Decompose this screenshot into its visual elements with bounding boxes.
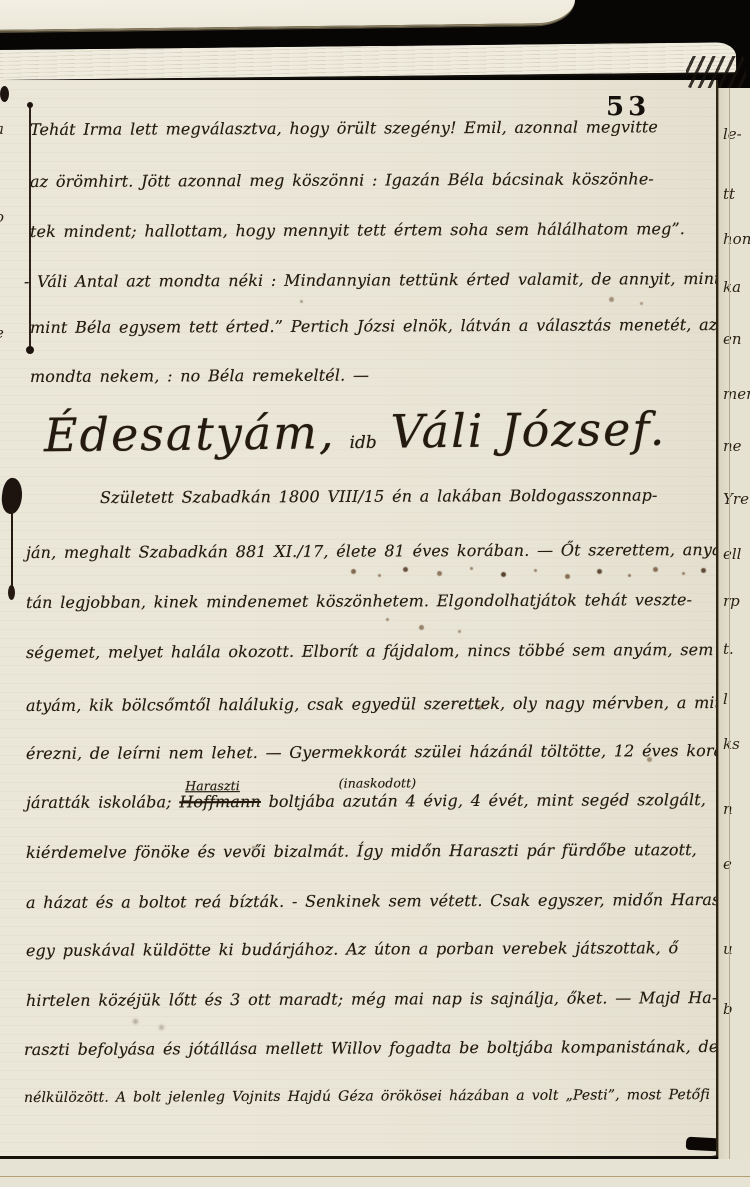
right-edge-fragment: n xyxy=(723,800,733,818)
manuscript-line-13-edited: járatták iskolába; HarasztiHoffmann bolt… xyxy=(26,790,706,812)
manuscript-line-6: mondta nekem, : no Béla remekeltél. — xyxy=(30,366,369,386)
heading-word-2: Váli József. xyxy=(390,402,666,459)
right-edge-fragment: t. xyxy=(723,640,734,658)
correction-above-word: Haraszti xyxy=(185,778,240,793)
left-edge-fragment: a xyxy=(0,120,4,138)
manuscript-line-17: hirtelen közéjük lőtt és 3 ott maradt; m… xyxy=(26,988,718,1010)
manuscript-line-14: kiérdemelve fönöke és vevői bizalmát. Íg… xyxy=(26,840,697,862)
heading-word-1: Édesatyám, xyxy=(44,405,336,462)
manuscript-line-9: tán legjobban, kinek mindenemet köszönhe… xyxy=(26,590,692,612)
manuscript-page: 53 Tehát Irma lett megválasztva, hogy ör… xyxy=(0,80,718,1159)
manuscript-line-15: a házat és a boltot reá bízták. - Senkin… xyxy=(26,890,718,912)
right-edge-fragment: hony xyxy=(723,230,750,248)
book-photo: 53 Tehát Irma lett megválasztva, hogy ör… xyxy=(0,0,750,1187)
page-bottom-shadow xyxy=(686,1137,718,1153)
right-edge-fragment: rp xyxy=(723,592,740,610)
right-edge-fragment: tt xyxy=(723,185,735,203)
edit-line-post: azután 4 évig, 4 évét, mint segéd szolgá… xyxy=(343,790,706,811)
right-edge-fragment: ell xyxy=(723,545,741,563)
ink-drip xyxy=(11,510,13,592)
right-edge-fragment: men xyxy=(723,385,750,403)
right-edge-fragment: ne xyxy=(723,437,742,455)
manuscript-line-8: ján, meghalt Szabadkán 881 XI./17, élete… xyxy=(26,540,718,562)
manuscript-line-2: az örömhirt. Jött azonnal meg köszönni :… xyxy=(30,169,654,191)
right-edge-fragment: ks xyxy=(723,735,740,753)
edit-line-mid: boltjába xyxy=(261,792,343,811)
manuscript-line-12: érezni, de leírni nem lehet. — Gyermekko… xyxy=(26,741,718,763)
manuscript-line-11: atyám, kik bölcsőmtől halálukig, csak eg… xyxy=(26,693,718,715)
stain-speckles xyxy=(0,80,3,83)
struck-out-word: Hoffmann xyxy=(179,792,261,811)
right-edge-fragment: b xyxy=(723,1000,733,1018)
right-edge-fragment: en xyxy=(723,330,742,348)
right-edge-fragment: ka xyxy=(723,278,741,296)
left-edge-fragment: e xyxy=(0,324,4,342)
lower-page-edge xyxy=(0,1159,750,1187)
manuscript-line-5: mint Béla egysem tett érted.” Pertich Jó… xyxy=(30,315,718,337)
edit-line-pre: járatták iskolába; xyxy=(26,792,179,812)
manuscript-line-7: Született Szabadkán 1800 VIII/15 én a la… xyxy=(100,486,658,507)
left-edge-fragment: o xyxy=(0,208,4,226)
right-edge-fragment: u xyxy=(723,940,733,958)
inserted-word: (inaskodott) xyxy=(339,775,417,790)
chapter-heading: Édesatyám, idb Váli József. xyxy=(44,402,667,463)
manuscript-line-18: raszti befolyása és jótállása mellett Wi… xyxy=(24,1037,718,1059)
right-edge-fragment: l xyxy=(723,690,728,708)
right-edge-fragment: le- xyxy=(723,125,742,143)
manuscript-line-3: tek mindent; hallottam, hogy mennyit tet… xyxy=(30,219,685,241)
manuscript-line-16: egy puskával küldötte ki budárjához. Az … xyxy=(26,938,678,960)
correction-stack: HarasztiHoffmann xyxy=(179,792,261,811)
right-edge-fragment: e xyxy=(723,855,732,873)
ink-blot xyxy=(8,585,15,600)
manuscript-line-4: - Váli Antal azt mondta néki : Mindannyi… xyxy=(24,269,718,291)
right-edge-fragment: Yre xyxy=(723,490,749,508)
manuscript-line-10: ségemet, melyet halála okozott. Elborít … xyxy=(26,640,714,662)
upper-page-edge xyxy=(0,0,575,32)
facing-page-strip: le- tt hony ka en men ne Yre ell rp t. l… xyxy=(718,88,750,1159)
page-stack-edge xyxy=(0,42,736,82)
manuscript-line-1: Tehát Irma lett megválasztva, hogy örült… xyxy=(30,117,658,139)
heading-abbrev: idb xyxy=(349,433,376,453)
manuscript-line-19: nélkülözött. A bolt jelenleg Vojnits Haj… xyxy=(24,1087,718,1106)
page-corner-marks xyxy=(686,56,746,88)
insertion-stack: (inaskodott)azután 4 évig, 4 évét, mint … xyxy=(343,790,706,811)
ink-blot xyxy=(0,86,9,102)
